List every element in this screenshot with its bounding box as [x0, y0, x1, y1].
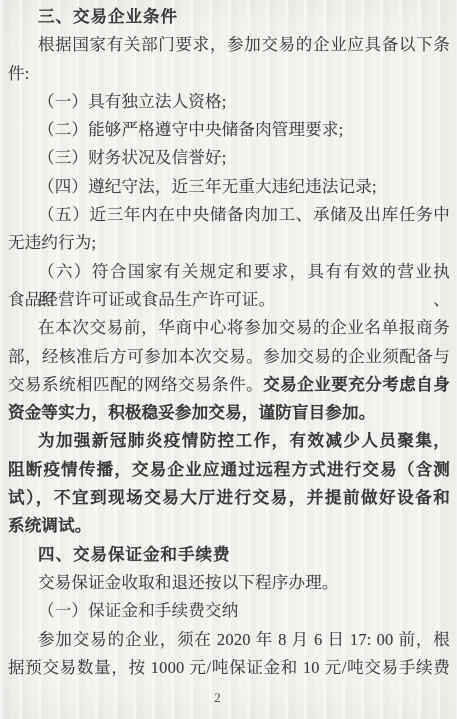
para-payment-line2: 据预交易数量，按 1000 元/吨保证金和 10 元/吨交易手续费 — [8, 654, 450, 682]
condition-item-5-line1: （五）近三年内在中央储备肉加工、承储及出库任务中 — [8, 201, 450, 229]
condition-item-2: （二）能够严格遵守中央储备肉管理要求; — [8, 116, 450, 144]
para-covid-line1: 为加强新冠肺炎疫情防控工作，有效减少人员聚集， — [8, 427, 450, 455]
para-payment-line1: 参加交易的企业，须在 2020 年 8 月 6 日 17: 00 前，根 — [8, 626, 450, 654]
para-approval-line3: 交易系统相匹配的网络交易条件。交易企业要充分考虑自身 — [8, 371, 450, 399]
para-approval-line2: 部，经核准后方可参加本次交易。参加交易的企业须配备与 — [8, 343, 450, 371]
para-approval-line3-normal: 交易系统相匹配的网络交易条件。 — [8, 375, 263, 394]
condition-item-6-line1: （六）符合国家有关规定和要求，具有有效的营业执照、 — [8, 258, 450, 286]
document-page: 三、交易企业条件 根据国家有关部门要求，参加交易的企业应具备以下条 件: （一）… — [0, 0, 457, 719]
condition-item-5-line2: 无违约行为; — [8, 229, 450, 257]
para-approval-line1: 在本次交易前，华商中心将参加交易的企业名单报商务 — [8, 314, 450, 342]
para-covid-line2: 阻断疫情传播，交易企业应通过远程方式进行交易（含测 — [8, 456, 450, 484]
section4-intro: 交易保证金收取和退还按以下程序办理。 — [8, 569, 450, 597]
page-number: 2 — [0, 690, 435, 706]
condition-item-4: （四）遵纪守法，近三年无重大违纪违法记录; — [8, 173, 450, 201]
condition-item-1: （一）具有独立法人资格; — [8, 88, 450, 116]
para-covid-line3: 试），不宜到现场交易大厅进行交易，并提前做好设备和 — [8, 484, 450, 512]
section4-heading: 四、交易保证金和手续费 — [8, 541, 450, 569]
section3-intro-line2: 件: — [8, 60, 450, 88]
para-approval-line3-bold: 交易企业要充分考虑自身 — [263, 375, 450, 394]
section3-intro-line1: 根据国家有关部门要求，参加交易的企业应具备以下条 — [8, 31, 450, 59]
para-approval-line4: 资金等实力，积极稳妥参加交易，谨防盲目参加。 — [8, 399, 450, 427]
subsection1-heading: （一）保证金和手续费交纳 — [8, 597, 450, 625]
section3-heading: 三、交易企业条件 — [8, 3, 450, 31]
condition-item-3: （三）财务状况及信誉好; — [8, 144, 450, 172]
para-covid-line4: 系统调试。 — [8, 512, 450, 540]
document-body: 三、交易企业条件 根据国家有关部门要求，参加交易的企业应具备以下条 件: （一）… — [0, 0, 457, 682]
